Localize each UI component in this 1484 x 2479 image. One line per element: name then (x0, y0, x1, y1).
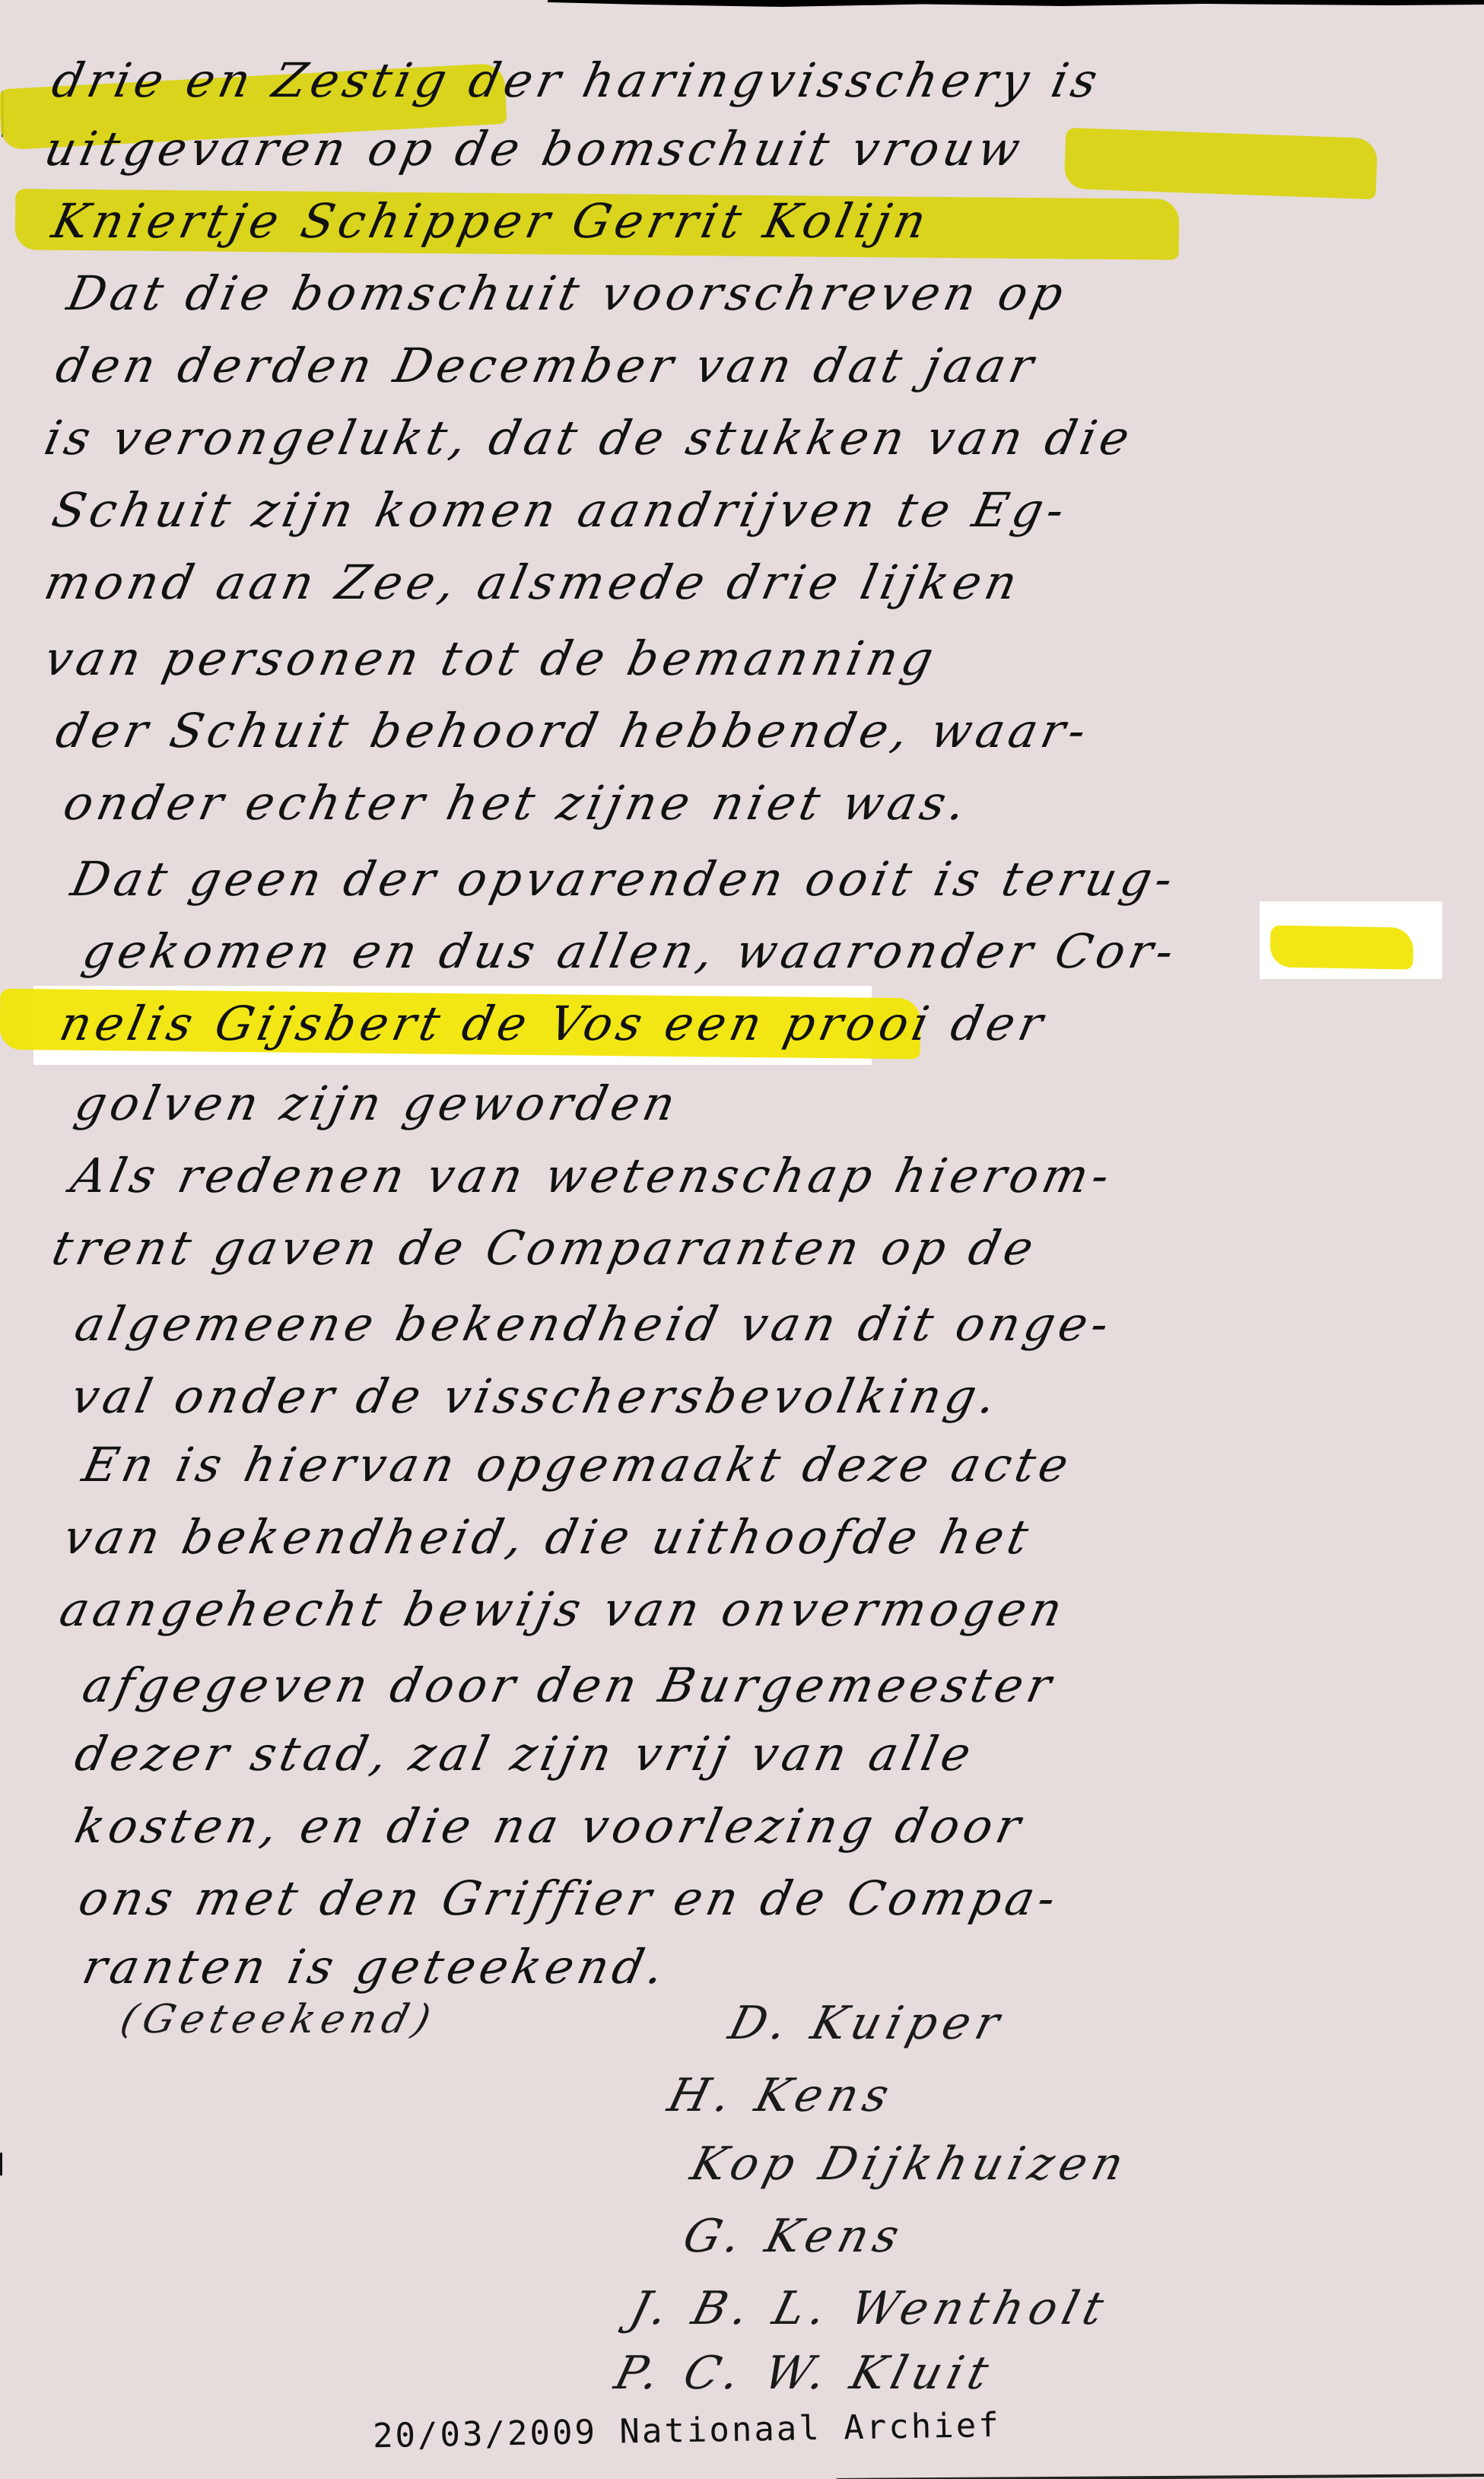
text-line: val onder de visschersbevolking. (67, 1373, 1004, 1420)
signature: D. Kuiper (723, 1997, 1010, 2050)
signature: H. Kens (663, 2069, 900, 2122)
text-line: van personen tot de bemanning (40, 635, 942, 682)
text-line: afgegeven door den Burgemeester (78, 1662, 1060, 1709)
highlight-cor (1270, 925, 1414, 969)
text-line: trent gaven de Comparanten op de (48, 1225, 1041, 1272)
signature: Kop Dijkhuizen (685, 2137, 1135, 2191)
text-line: nelis Gijsbert de Vos een prooi der (56, 1000, 1051, 1047)
text-line: van bekendheid, die uithoofde het (59, 1514, 1036, 1561)
text-line: Dat geen der opvarenden ooit is terug- (67, 856, 1181, 903)
text-line: dezer stad, zal zijn vrij van alle (71, 1731, 979, 1778)
highlight-vrouw (1064, 128, 1378, 199)
text-line: is verongelukt, dat de stukken van die (40, 415, 1138, 462)
text-line: uitgevaren op de bomschuit vrouw (40, 126, 1028, 173)
signature: P. C. W. Kluit (609, 2347, 999, 2400)
text-line: algemeene bekendheid van dit onge- (71, 1301, 1117, 1348)
scan-bottom-edge (837, 2474, 1484, 2479)
text-line: golven zijn geworden (71, 1080, 683, 1127)
text-line: En is hiervan opgemaakt deze acte (78, 1441, 1076, 1489)
text-line: den derden December van dat jaar (52, 342, 1041, 389)
text-line: Kniertje Schipper Gerrit Kolijn (48, 198, 934, 245)
text-line: drie en Zestig der haringvisschery is (48, 57, 1105, 104)
text-line: Dat die bomschuit voorschreven op (63, 270, 1072, 317)
text-line: Als redenen van wetenschap hierom- (67, 1152, 1117, 1200)
signature: G. Kens (678, 2210, 910, 2263)
archive-stamp: 20/03/2009 Nationaal Archief (373, 2406, 1001, 2455)
text-line: kosten, en die na voorlezing door (71, 1803, 1028, 1850)
scan-top-edge (548, 0, 1484, 8)
geteekend-label: (Geteekend) (116, 1997, 441, 2042)
text-line: ons met den Griffier en de Compa- (75, 1875, 1063, 1922)
margin-mark (0, 2153, 2, 2175)
text-line: gekomen en dus allen, waaronder Cor- (78, 928, 1182, 975)
text-line: onder echter het zijne niet was. (59, 780, 974, 827)
text-line: Schuit zijn komen aandrijven te Eg- (48, 487, 1072, 534)
text-line: aangehecht bewijs van onvermogen (56, 1586, 1070, 1633)
text-line: der Schuit behoord hebbende, waar- (52, 707, 1094, 755)
signature: J. B. L. Wentholt (624, 2282, 1114, 2335)
text-line: mond aan Zee, alsmede drie lijken (40, 559, 1025, 606)
text-line: ranten is geteekend. (78, 1943, 672, 1991)
